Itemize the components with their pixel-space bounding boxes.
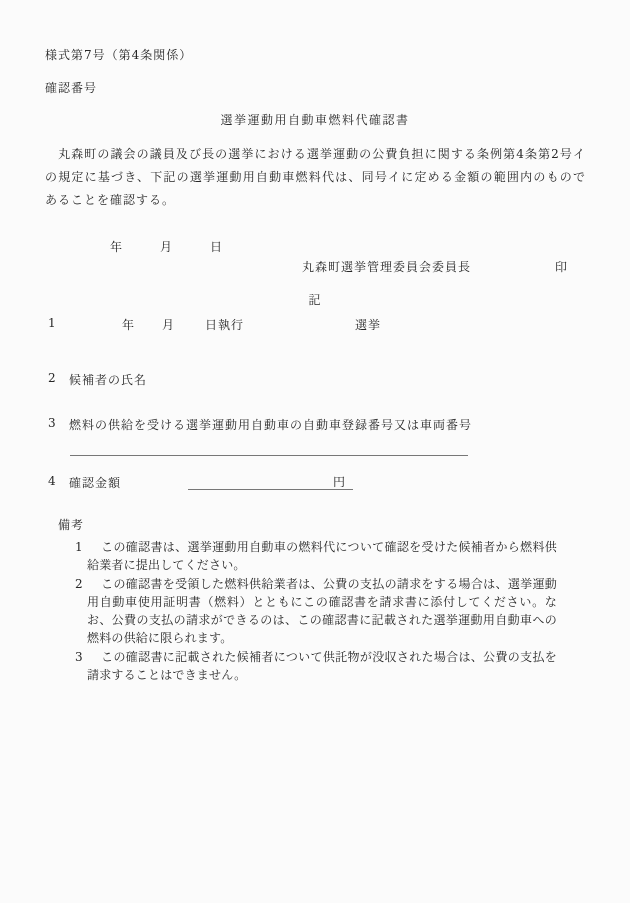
remark-text: この確認書に記載された候補者について供託物が没収された場合は、公費の支払を請求す… <box>87 650 557 682</box>
body-paragraph: 丸森町の議会の議員及び長の選挙における選挙運動の公費負担に関する条例第4条第2号… <box>45 143 586 212</box>
item1-day-exec-label: 日執行 <box>205 316 244 333</box>
date-month-label: 月 <box>160 238 173 255</box>
amount-blank-field: 円 <box>188 473 353 490</box>
remarks-list: 1この確認書は、選挙運動用自動車の燃料代について確認を受けた候補者から燃料供給業… <box>45 538 557 684</box>
form-number: 様式第7号（第4条関係） <box>45 46 192 63</box>
remark-number: 1 <box>75 538 101 556</box>
remarks-heading: 備考 <box>58 516 84 533</box>
confirmation-number-label: 確認番号 <box>45 79 97 96</box>
item2-label: 候補者の氏名 <box>69 371 147 388</box>
item-vehicle-number: 3 燃料の供給を受ける選挙運動用自動車の自動車登録番号又は車両番号 <box>0 416 630 434</box>
item-confirmed-amount: 4 確認金額 円 <box>0 474 630 492</box>
page-title: 選挙運動用自動車燃料代確認書 <box>0 111 630 128</box>
date-day-label: 日 <box>210 238 223 255</box>
document-page: 様式第7号（第4条関係） 確認番号 選挙運動用自動車燃料代確認書 丸森町の議会の… <box>0 0 630 903</box>
date-year-label: 年 <box>110 238 123 255</box>
item1-year-label: 年 <box>122 316 135 333</box>
remark-number: 3 <box>75 648 101 666</box>
remark-text: この確認書は、選挙運動用自動車の燃料代について確認を受けた候補者から燃料供給業者… <box>87 540 557 572</box>
item-number: 4 <box>48 474 57 488</box>
remark-item: 1この確認書は、選挙運動用自動車の燃料代について確認を受けた候補者から燃料供給業… <box>45 538 557 575</box>
item-number: 1 <box>48 316 57 330</box>
item4-label: 確認金額 <box>69 474 121 491</box>
item1-election-label: 選挙 <box>355 316 381 333</box>
vehicle-number-blank-field <box>70 455 468 456</box>
remark-item: 2この確認書を受領した燃料供給業者は、公費の支払の請求をする場合は、選挙運動用自… <box>45 575 557 648</box>
remark-text: この確認書を受領した燃料供給業者は、公費の支払の請求をする場合は、選挙運動用自動… <box>87 577 557 646</box>
seal-mark: 印 <box>555 258 568 275</box>
section-marker: 記 <box>0 291 630 308</box>
item-number: 3 <box>48 416 57 430</box>
yen-unit-label: 円 <box>333 475 346 489</box>
remark-item: 3この確認書に記載された候補者について供託物が没収された場合は、公費の支払を請求… <box>45 648 557 685</box>
item3-label: 燃料の供給を受ける選挙運動用自動車の自動車登録番号又は車両番号 <box>69 416 472 433</box>
item-candidate-name: 2 候補者の氏名 <box>0 371 630 389</box>
item1-month-label: 月 <box>162 316 175 333</box>
issuer-name: 丸森町選挙管理委員会委員長 <box>302 258 471 275</box>
remark-number: 2 <box>75 575 101 593</box>
date-line: 年 月 日 <box>110 238 223 255</box>
item-election-date: 1 年 月 日執行 選挙 <box>0 316 630 334</box>
item-number: 2 <box>48 371 57 385</box>
issuer-line: 丸森町選挙管理委員会委員長 印 <box>0 258 630 276</box>
